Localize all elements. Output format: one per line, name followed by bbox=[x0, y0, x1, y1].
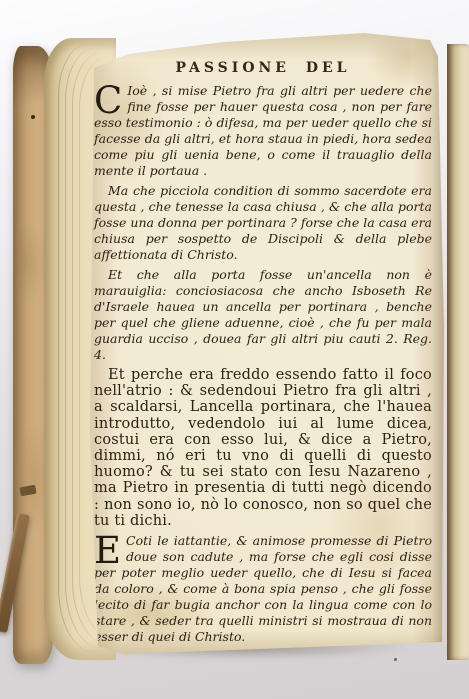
drop-cap-letter: E bbox=[94, 533, 126, 565]
paragraph-text: Coti le iattantie, & animose promesse di… bbox=[94, 533, 432, 644]
paragraph-text: Ma che picciola condition di sommo sacer… bbox=[94, 183, 432, 262]
book-page: PASSIONE DEL CIoè , si mise Pietro fra g… bbox=[78, 30, 447, 662]
paragraph: Ma che picciola condition di sommo sacer… bbox=[94, 183, 432, 263]
ink-speck bbox=[394, 658, 397, 661]
text-block: PASSIONE DEL CIoè , si mise Pietro fra g… bbox=[94, 60, 432, 664]
ink-speck bbox=[31, 115, 35, 119]
paragraph: ECoti le iattantie, & animose promesse d… bbox=[94, 533, 432, 645]
paragraph-text: Et che alla porta fosse un'ancella non è… bbox=[94, 267, 432, 362]
book-photograph: PASSIONE DEL CIoè , si mise Pietro fra g… bbox=[0, 0, 469, 699]
paragraph: CIoè , si mise Pietro fra gli altri per … bbox=[94, 83, 432, 179]
paragraph: Et perche era freddo essendo fatto il fo… bbox=[94, 367, 432, 529]
facing-page-sliver bbox=[447, 44, 469, 660]
paragraph: Et che alla porta fosse un'ancella non è… bbox=[94, 267, 432, 363]
paragraph-text: Ioè , si mise Pietro fra gli altri per u… bbox=[94, 83, 432, 178]
drop-cap-letter: C bbox=[94, 83, 127, 115]
running-header: PASSIONE DEL bbox=[94, 60, 432, 76]
paragraph-text: Et perche era freddo essendo fatto il fo… bbox=[94, 367, 432, 529]
